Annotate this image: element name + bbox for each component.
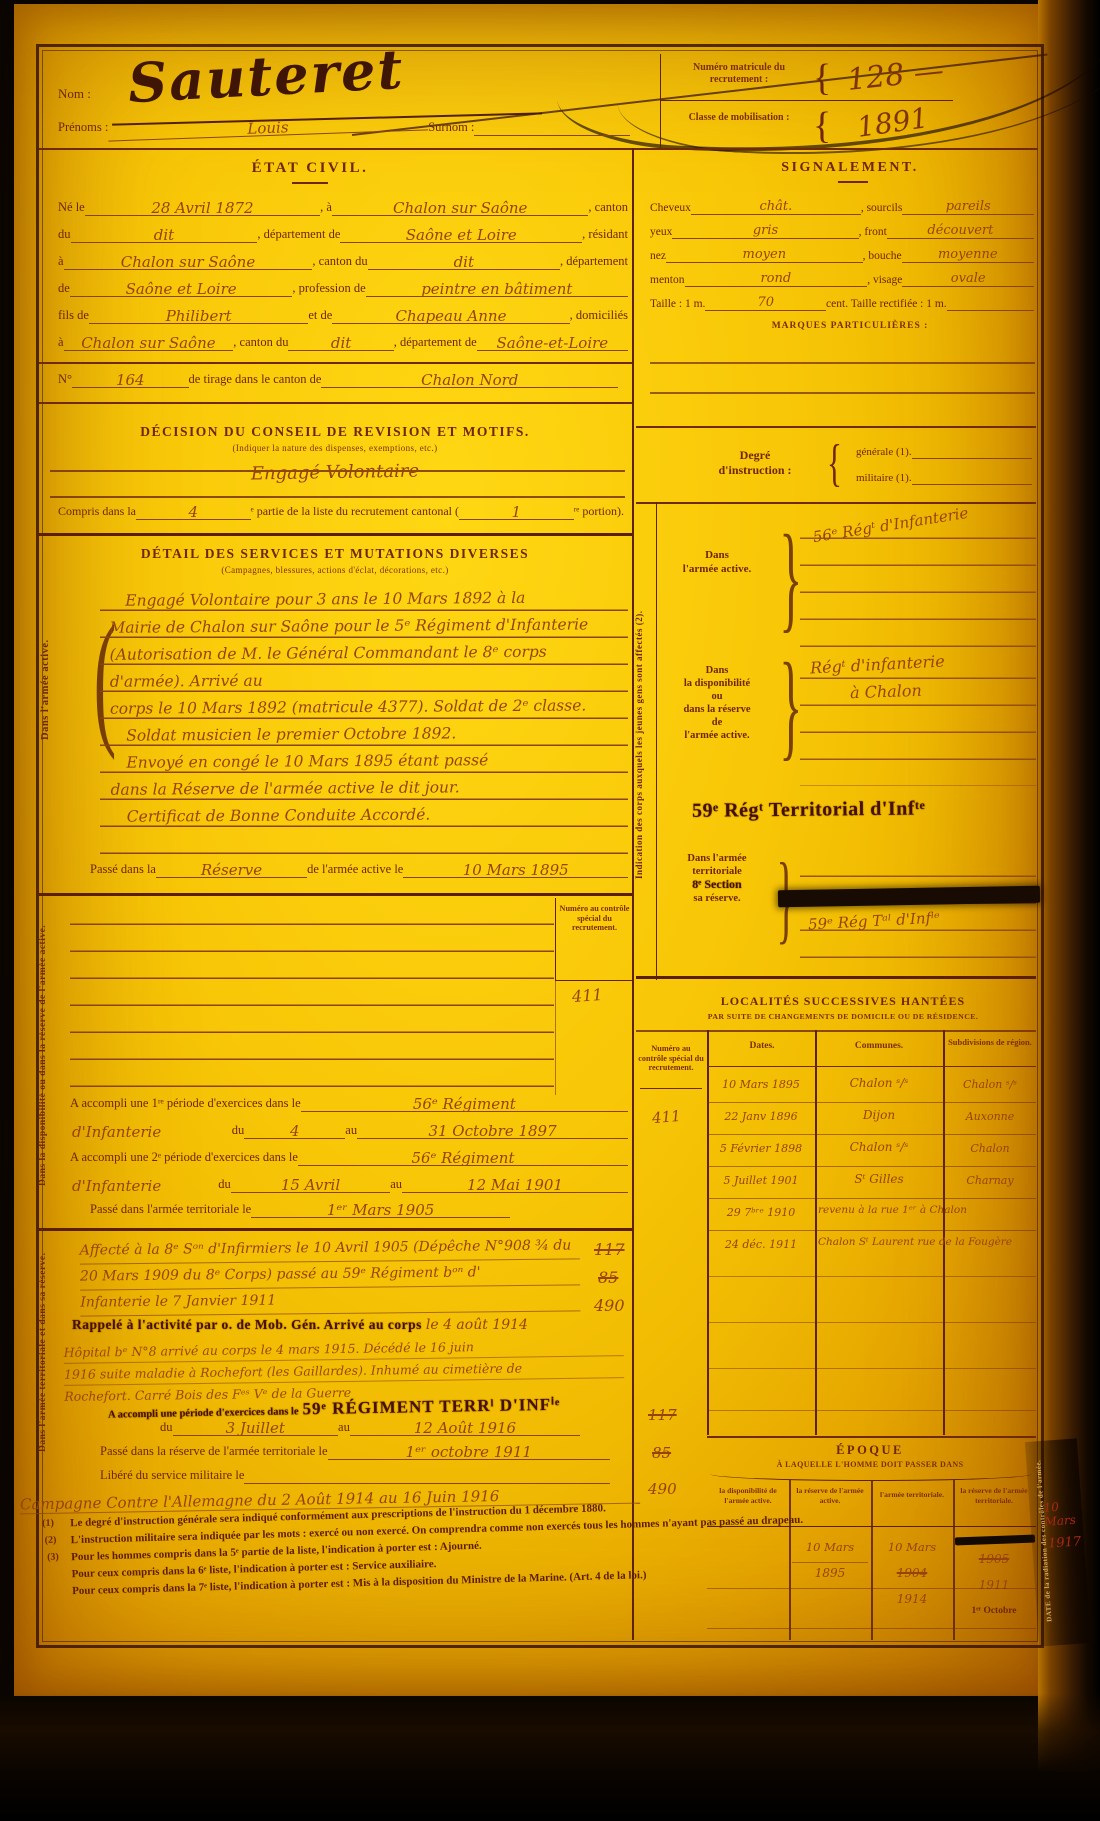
- field: peintre en bâtiment: [366, 282, 628, 297]
- epoque-col-line: [953, 1480, 955, 1640]
- label: A accompli une 1ʳᵉ période d'exercices d…: [70, 1096, 301, 1112]
- ec-line1: Né le 28 Avril 1872 , à Chalon sur Saône…: [58, 200, 628, 216]
- label: au: [345, 1123, 357, 1139]
- label: de: [712, 717, 723, 728]
- ruled-line: [650, 362, 1035, 364]
- periode2-row: A accompli une 2ᵉ période d'exercices da…: [70, 1150, 628, 1166]
- field: gris: [672, 224, 858, 239]
- divider: [636, 502, 1036, 504]
- divider: [707, 1436, 1036, 1438]
- row-line: [707, 1368, 1036, 1369]
- instruction-label: Degré d'instruction :: [700, 448, 810, 478]
- margin-number: 117: [594, 1240, 625, 1259]
- dispo-cell-label: Dans la disponibilité ou dans la réserve…: [662, 664, 772, 742]
- field: Réserve: [156, 863, 307, 878]
- label: , à: [320, 200, 332, 216]
- label: yeux: [650, 226, 672, 239]
- service-line: corps le 10 Mars 1892 (matricule 4377). …: [110, 692, 622, 723]
- row-line: [707, 1198, 1036, 1199]
- libere-row: Libéré du service militaire le: [100, 1468, 610, 1484]
- label: A accompli une 2ᵉ période d'exercices da…: [70, 1150, 298, 1166]
- field: moyenne: [902, 248, 1034, 263]
- disponibilite-side-label: Dans la disponibilité ou dans la réserve…: [38, 920, 64, 1190]
- armee-active-cell-label: Dans l'armée active.: [664, 548, 770, 576]
- passe-territoriale-row: Passé dans l'armée territoriale le 1ᵉʳ M…: [90, 1202, 510, 1218]
- footnote-marker: (3): [47, 1552, 59, 1563]
- field: d'Infanterie: [70, 1125, 232, 1139]
- loc-subdiv: Auxonne: [946, 1110, 1034, 1123]
- ec-line3: à Chalon sur Saône , canton du dit , dép…: [58, 254, 628, 270]
- row-line: [707, 1134, 1036, 1135]
- terr-cell-label: Dans l'armée territoriale 8ᵉ Section sa …: [662, 852, 772, 905]
- field: Saône et Loire: [340, 228, 582, 243]
- field: 1ᵉʳ Mars 1905: [251, 1203, 510, 1218]
- col-communes: Communes.: [820, 1042, 938, 1052]
- row-line: [792, 1562, 868, 1563]
- label: , département de: [394, 335, 477, 351]
- label: Passé dans la: [90, 862, 156, 878]
- label: du: [160, 1420, 173, 1436]
- table-col-line: [943, 1030, 945, 1435]
- matricule-value: 128 —: [845, 53, 945, 98]
- field: moyen: [666, 248, 863, 263]
- header-rule: [707, 1526, 1036, 1527]
- no-value: 164: [72, 373, 189, 388]
- label: dans la réserve: [683, 704, 750, 715]
- field: 4: [136, 505, 251, 520]
- field: Philibert: [89, 309, 308, 324]
- classe-label: Classe de mobilisation :: [669, 112, 809, 124]
- label: de tirage dans le canton de: [189, 372, 322, 388]
- epoque-value: 1911: [956, 1578, 1032, 1592]
- field: dit: [71, 228, 258, 243]
- label: , visage: [867, 274, 902, 287]
- field: dit: [368, 255, 560, 270]
- loc-date: 24 déc. 1911: [710, 1238, 812, 1251]
- row-line: [707, 1166, 1036, 1167]
- ec-line2: du dit , département de Saône et Loire ,…: [58, 227, 628, 243]
- field: ovale: [902, 272, 1034, 287]
- label: nez: [650, 250, 666, 263]
- title-rule: [838, 181, 868, 183]
- numero-controle-header-right: Numéro au contrôle spécial du recrutemen…: [638, 1044, 704, 1073]
- field: 56ᵉ Régiment: [298, 1151, 628, 1166]
- epoque-col1: la disponibilité de l'armée active.: [710, 1486, 786, 1505]
- dispo-value2: à Chalon: [850, 681, 922, 702]
- epoque-subtitle: À LAQUELLE L'HOMME DOIT PASSER DANS: [712, 1460, 1028, 1469]
- ec-line6: à Chalon sur Saône , canton du dit , dép…: [58, 335, 628, 351]
- field: Chalon sur Saône: [332, 201, 588, 216]
- compris-row: Compris dans la 4 ᵉ partie de la liste d…: [58, 504, 624, 520]
- loc-date: 22 Janv 1896: [710, 1110, 812, 1123]
- corps-col-line: [656, 502, 657, 980]
- epoque-value: 10 Mars: [874, 1540, 950, 1554]
- field-blank: [912, 458, 1032, 459]
- regiment-stamp: 59ᵉ RÉGIMENT TERRˡ D'INFⁱᵉ: [302, 1395, 560, 1418]
- matricule-label: Numéro matricule du recrutement :: [669, 62, 809, 86]
- epoque-value: 1895: [792, 1566, 868, 1580]
- territoriale-side-label: Dans l'armée territoriale et dans sa rés…: [38, 1252, 64, 1452]
- field: 3 Juillet: [173, 1421, 339, 1436]
- label: , département: [560, 254, 628, 270]
- localites-subtitle: PAR SUITE DE CHANGEMENTS DE DOMICILE OU …: [650, 1012, 1036, 1021]
- epoque-col-line: [789, 1480, 791, 1640]
- label: menton: [650, 274, 685, 287]
- field-blank: [947, 310, 1034, 311]
- loc-commune: Chalon ˢ/ˢ: [818, 1140, 940, 1154]
- label: du: [58, 227, 71, 243]
- etat-civil-title: ÉTAT CIVIL.: [160, 160, 460, 177]
- label: militaire (1).: [856, 472, 912, 485]
- label: sa réserve.: [693, 893, 740, 904]
- hand-line: Infanterie le 7 Janvier 1911: [80, 1285, 580, 1316]
- brace: {: [813, 104, 831, 148]
- divider: [39, 402, 632, 404]
- epoque-value: 1904: [874, 1566, 950, 1580]
- section-divider: [39, 533, 632, 536]
- loc-commune: revenu à la rue 1ᵉʳ à Chalon: [818, 1204, 1034, 1216]
- label: au: [390, 1177, 402, 1193]
- divider: [39, 362, 632, 364]
- ruled-line: [650, 392, 1035, 394]
- label: Passé dans la réserve de l'armée territo…: [100, 1444, 328, 1460]
- brace: }: [779, 636, 802, 774]
- surnom-value-blank: [474, 135, 630, 136]
- epoque-octobre: 1ᵉʳ Octobre: [956, 1606, 1032, 1616]
- row-line: [707, 1230, 1036, 1231]
- epoque-col-line: [871, 1480, 873, 1640]
- margin-number: 490: [594, 1296, 625, 1315]
- field-blank: [244, 1483, 610, 1484]
- label: Dans: [706, 665, 729, 676]
- label: , canton du: [312, 254, 367, 270]
- label: , sourcils: [861, 202, 903, 215]
- rappel-stamp: Rappelé à l'activité par o. de Mob. Gén.…: [72, 1317, 422, 1332]
- margin-number-right: 85: [652, 1444, 671, 1462]
- dispo-ruled-area: [70, 898, 554, 1088]
- section-divider: [39, 1228, 632, 1231]
- field: Chalon sur Saône: [64, 255, 313, 270]
- services-subtitle: (Campagnes, blessures, actions d'éclat, …: [60, 565, 610, 575]
- label: Passé dans l'armée territoriale le: [90, 1202, 251, 1218]
- label: , canton: [588, 200, 628, 216]
- epoque-title: ÉPOQUE: [720, 1443, 1020, 1458]
- loc-date: 29 7ᵇʳᵉ 1910: [710, 1206, 812, 1219]
- service-line: (Autorisation de M. le Général Commandan…: [110, 638, 622, 696]
- label: au: [338, 1420, 350, 1436]
- tirage-row: N° 164 de tirage dans le canton de Chalo…: [58, 372, 618, 388]
- col-dates: Dates.: [712, 1042, 812, 1052]
- margin-number-right: 490: [648, 1480, 677, 1498]
- field: Chapeau Anne: [332, 309, 569, 324]
- page-bottom-shadow: [0, 1693, 1100, 1821]
- label: du: [232, 1123, 245, 1139]
- divider: [636, 426, 1036, 428]
- field: Saône et Loire: [70, 282, 293, 297]
- prenoms-row: Prénoms : Louis Surnom :: [58, 120, 630, 136]
- field: découvert: [887, 224, 1034, 239]
- label: d'instruction :: [718, 463, 791, 477]
- canton-value: Chalon Nord: [321, 373, 618, 388]
- label: fils de: [58, 308, 89, 324]
- taille-row: Taille : 1 m. 70 cent. Taille rectifiée …: [650, 296, 1034, 311]
- matricule-box: Numéro matricule du recrutement : { 128 …: [660, 54, 953, 150]
- section-divider: [636, 976, 1036, 979]
- label: et de: [308, 308, 332, 324]
- field: rond: [685, 272, 868, 287]
- header-rule: [707, 1066, 1036, 1067]
- epoque-value: 1914: [874, 1592, 950, 1606]
- label: l'armée active.: [683, 563, 751, 575]
- label: Taille : 1 m.: [650, 298, 705, 311]
- services-ruled-area: Engagé Volontaire pour 3 ans le 10 Mars …: [100, 584, 628, 854]
- prenoms-label: Prénoms :: [58, 120, 108, 136]
- label: de l'armée active le: [307, 862, 403, 878]
- label: l'armée active.: [684, 730, 749, 741]
- passe-reserve-terr-row: Passé dans la réserve de l'armée territo…: [100, 1444, 610, 1460]
- field: 1ᵉʳ octobre 1911: [328, 1445, 611, 1460]
- passe-reserve-row: Passé dans la Réserve de l'armée active …: [90, 862, 628, 878]
- field: 70: [705, 296, 826, 311]
- label: Dans: [705, 549, 729, 561]
- field: 15 Avril: [231, 1178, 390, 1193]
- footnote-marker: (2): [45, 1535, 57, 1546]
- brace: }: [779, 508, 802, 646]
- footnote-marker: (1): [42, 1518, 54, 1529]
- row-line: [707, 1276, 1036, 1277]
- label: Compris dans la: [58, 504, 136, 520]
- field: 4: [244, 1124, 345, 1139]
- numero-controle-value-right: 411: [651, 1107, 681, 1127]
- field: 10 Mars 1895: [403, 863, 628, 878]
- label: , bouche: [863, 250, 902, 263]
- row-line: [707, 1588, 1036, 1589]
- service-line: Envoyé en congé le 10 Mars 1895 étant pa…: [126, 746, 622, 776]
- row-line: [707, 1628, 1036, 1629]
- service-line: dans la Réserve de l'armée active le dit…: [110, 773, 622, 804]
- no-label: N°: [58, 372, 72, 388]
- rappel-hand: le 4 août 1914: [426, 1317, 528, 1333]
- section-divider: [39, 893, 632, 896]
- loc-subdiv: Charnay: [946, 1174, 1034, 1187]
- brace: {: [827, 434, 842, 493]
- label: , canton du: [233, 335, 288, 351]
- mini-rule: [640, 1088, 702, 1089]
- loc-date: 5 Février 1898: [710, 1142, 812, 1155]
- sig-row1: Cheveux chât. , sourcils pareils: [650, 200, 1034, 215]
- divider: [636, 1030, 1036, 1032]
- service-line: Soldat musicien le premier Octobre 1892.: [126, 719, 622, 749]
- field: 1: [459, 505, 574, 520]
- marques-label: MARQUES PARTICULIÈRES :: [700, 322, 1000, 332]
- sig-row2: yeux gris , front découvert: [650, 224, 1034, 239]
- loc-commune: Dijon: [818, 1108, 940, 1122]
- label: , département de: [257, 227, 340, 243]
- label: Dans l'armée: [687, 853, 746, 864]
- label: , résidant: [582, 227, 628, 243]
- ec-line5: fils de Philibert et de Chapeau Anne , d…: [58, 308, 628, 324]
- section-stamp: 8ᵉ Section: [692, 877, 741, 891]
- sig-row4: menton rond , visage ovale: [650, 272, 1034, 287]
- title-rule: [292, 182, 328, 184]
- margin-number-right: 117: [648, 1406, 677, 1424]
- decision-title: DÉCISION DU CONSEIL DE REVISION ET MOTIF…: [60, 424, 610, 440]
- radiation-value: 1917: [1048, 1534, 1082, 1551]
- field: Saône-et-Loire: [477, 336, 628, 351]
- epoque-value: 1905: [956, 1552, 1032, 1566]
- label: ᵉ partie de la liste du recrutement cant…: [251, 504, 459, 520]
- field: chât.: [691, 200, 861, 215]
- epoque-value: 10 Mars: [792, 1540, 868, 1554]
- divider: [39, 148, 1038, 150]
- armee-active-side-label: Dans l'armée active.: [40, 600, 51, 780]
- field: d'Infanterie: [70, 1179, 218, 1193]
- service-line: Mairie de Chalon sur Saône pour le 5ᵉ Ré…: [109, 611, 621, 642]
- field: Chalon sur Saône: [64, 336, 234, 351]
- field: 12 Août 1916: [350, 1421, 580, 1436]
- stamp-dates-row: du 3 Juillet au 12 Août 1916: [160, 1420, 580, 1436]
- label: Degré: [740, 448, 771, 462]
- corps-side-label: Indication des corps auxquels les jeunes…: [634, 510, 654, 980]
- label: , front: [859, 226, 887, 239]
- table-col-line: [707, 1030, 709, 1435]
- service-line: Engagé Volontaire pour 3 ans le 10 Mars …: [125, 584, 621, 614]
- classe-value: 1891: [855, 101, 930, 144]
- margin-number: 85: [598, 1268, 618, 1287]
- ruled-line: [50, 496, 625, 498]
- periode1-row: A accompli une 1ʳᵉ période d'exercices d…: [70, 1096, 628, 1112]
- row-line: [707, 1322, 1036, 1323]
- row-line: [707, 1410, 1036, 1411]
- label: de: [58, 281, 70, 297]
- field: 28 Avril 1872: [85, 201, 320, 216]
- label: cent. Taille rectifiée : 1 m.: [826, 298, 947, 311]
- table-col-line: [815, 1030, 817, 1435]
- rappel-row: Rappelé à l'activité par o. de Mob. Gén.…: [72, 1316, 628, 1334]
- label: , domiciliés: [570, 308, 628, 324]
- service-line: Certificat de Bonne Conduite Accordé.: [127, 800, 623, 830]
- label: Cheveux: [650, 202, 691, 215]
- loc-subdiv: Chalon: [946, 1142, 1034, 1155]
- label: la disponibilité: [684, 678, 750, 689]
- label: Né le: [58, 200, 85, 216]
- field: pareils: [902, 200, 1034, 215]
- ec-line4: de Saône et Loire , profession de peintr…: [58, 281, 628, 297]
- surnom-label: Surnom :: [428, 120, 474, 136]
- territoriale-hand-block: Affecté à la 8ᵉ Sᵒⁿ d'Infirmiers le 10 A…: [80, 1233, 581, 1316]
- localites-title: LOCALITÉS SUCCESSIVES HANTÉES: [650, 994, 1036, 1009]
- label: du: [218, 1177, 231, 1193]
- services-title: DÉTAIL DES SERVICES ET MUTATIONS DIVERSE…: [60, 546, 610, 562]
- field: 12 Mai 1901: [402, 1178, 628, 1193]
- field: dit: [288, 336, 393, 351]
- sig-row3: nez moyen , bouche moyenne: [650, 248, 1034, 263]
- loc-date: 10 Mars 1895: [710, 1078, 812, 1091]
- radiation-value: 10 Mars: [1043, 1498, 1083, 1529]
- label: ou: [711, 691, 722, 702]
- loc-commune: Sᵗ Gilles: [818, 1172, 940, 1186]
- epoque-col2: la réserve de l'armée active.: [792, 1486, 868, 1505]
- numero-col-line: [555, 980, 556, 1095]
- label: ʳᵉ portion).: [574, 504, 624, 520]
- loc-commune: Chalon ˢ/ˢ: [818, 1076, 940, 1090]
- label: , profession de: [292, 281, 365, 297]
- loc-subdiv: Chalon ˢ/ˢ: [946, 1078, 1034, 1091]
- numero-controle-header: Numéro au contrôle spécial du recrutemen…: [556, 898, 633, 933]
- periode2-row2: d'Infanterie du 15 Avril au 12 Mai 1901: [70, 1177, 628, 1193]
- numero-controle-box: Numéro au contrôle spécial du recrutemen…: [555, 898, 633, 981]
- label: Libéré du service militaire le: [100, 1468, 244, 1484]
- epoque-col4: la réserve de l'armée territoriale.: [956, 1486, 1032, 1505]
- brace: {: [813, 56, 831, 100]
- field: 31 Octobre 1897: [357, 1124, 628, 1139]
- instruction-militaire-row: militaire (1).: [856, 472, 1032, 485]
- field-blank: [912, 484, 1032, 485]
- label: générale (1).: [856, 446, 912, 459]
- epoque-col3: l'armée territoriale.: [874, 1490, 950, 1500]
- col-subdivisions: Subdivisions de région.: [948, 1038, 1032, 1048]
- nom-label: Nom :: [58, 86, 91, 102]
- loc-date: 5 Juillet 1901: [710, 1174, 812, 1187]
- numero-controle-value: 411: [571, 985, 603, 1006]
- row-line: [707, 1102, 1036, 1103]
- periode1-row2: d'Infanterie du 4 au 31 Octobre 1897: [70, 1123, 628, 1139]
- signalement-title: SIGNALEMENT.: [700, 160, 1000, 176]
- loc-commune: Chalon Sᵗ Laurent rue de la Fougère: [818, 1236, 1034, 1248]
- instruction-generale-row: générale (1).: [856, 446, 1032, 459]
- field: 56ᵉ Régiment: [301, 1097, 628, 1112]
- territorial-regiment-stamp: 59ᵉ Régᵗ Territorial d'Infᵗᵉ: [692, 796, 1052, 823]
- decision-subtitle: (Indiquer la nature des dispenses, exemp…: [60, 443, 610, 453]
- label: territoriale: [692, 866, 742, 877]
